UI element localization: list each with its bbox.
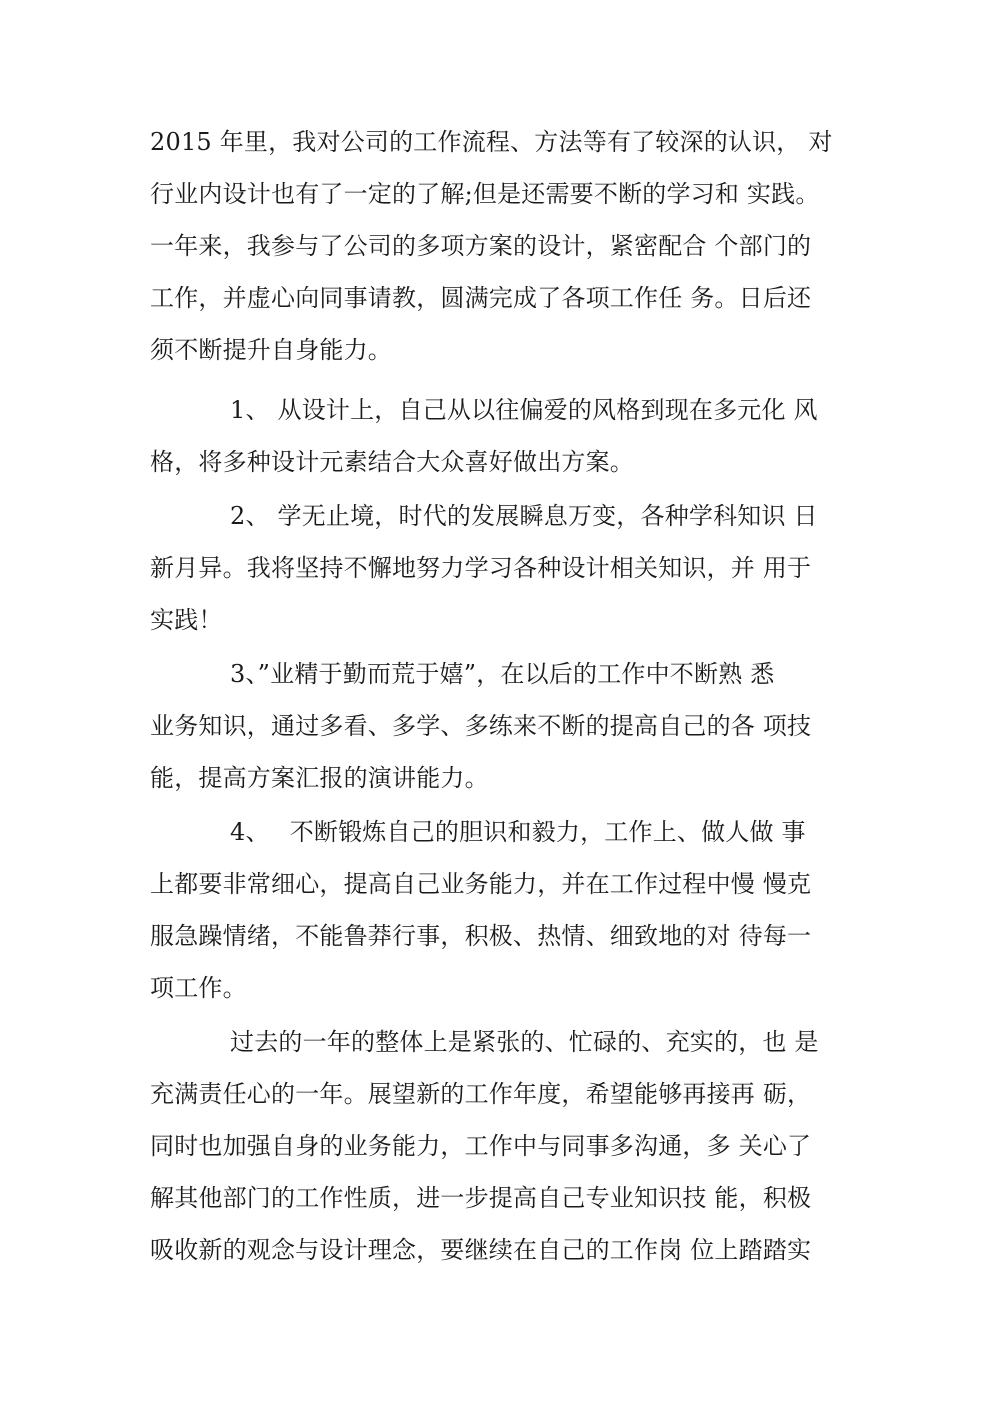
paragraph-first-line: 4、 不断锻炼自己的胆识和毅力，工作上、做人做 事 [150,814,854,866]
paragraph-first-line: 1、 从设计上，自己从以往偏爱的风格到现在多元化 风 [150,392,854,444]
text-line: 一年来，我参与了公司的多项方案的设计，紧密配合 个部门的 [150,228,854,280]
text-line: 上都要非常细心，提高自己业务能力，并在工作过程中慢 慢克 [150,866,854,918]
text-line: 能，提高方案汇报的演讲能力。 [150,760,854,812]
text-line: 业务知识，通过多看、多学、多练来不断的提高自己的各 项技 [150,708,854,760]
text-line: 工作，并虚心向同事请教，圆满完成了各项工作任 务。日后还 [150,280,854,332]
text-line: 同时也加强自身的业务能力，工作中与同事多沟通，多 关心了 [150,1128,854,1180]
text-line: 充满责任心的一年。展望新的工作年度，希望能够再接再 砺， [150,1076,854,1128]
text-line: 2015 年里，我对公司的工作流程、方法等有了较深的认识， 对 [150,124,854,176]
text-line: 服急躁情绪，不能鲁莽行事，积极、热情、细致地的对 待每一 [150,918,854,970]
document-page: 2015 年里，我对公司的工作流程、方法等有了较深的认识， 对行业内设计也有了一… [0,0,1000,1415]
text-line: 新月异。我将坚持不懈地努力学习各种设计相关知识，并 用于 [150,550,854,602]
paragraph-first-line: 2、 学无止境，时代的发展瞬息万变，各种学科知识 日 [150,498,854,550]
text-line: 须不断提升自身能力。 [150,332,854,384]
text-line: 格，将多种设计元素结合大众喜好做出方案。 [150,444,854,496]
text-line: 实践！ [150,602,854,654]
text-line: 行业内设计也有了一定的了解;但是还需要不断的学习和 实践。 [150,176,854,228]
paragraph-first-line: 过去的一年的整体上是紧张的、忙碌的、充实的，也 是 [150,1024,854,1076]
paragraph-first-line: 3、”业精于勤而荒于嬉”，在以后的工作中不断熟 悉 [150,656,854,708]
text-line: 项工作。 [150,970,854,1022]
text-line: 吸收新的观念与设计理念，要继续在自己的工作岗 位上踏踏实 [150,1232,854,1284]
text-line: 解其他部门的工作性质，进一步提高自己专业知识技 能，积极 [150,1180,854,1232]
